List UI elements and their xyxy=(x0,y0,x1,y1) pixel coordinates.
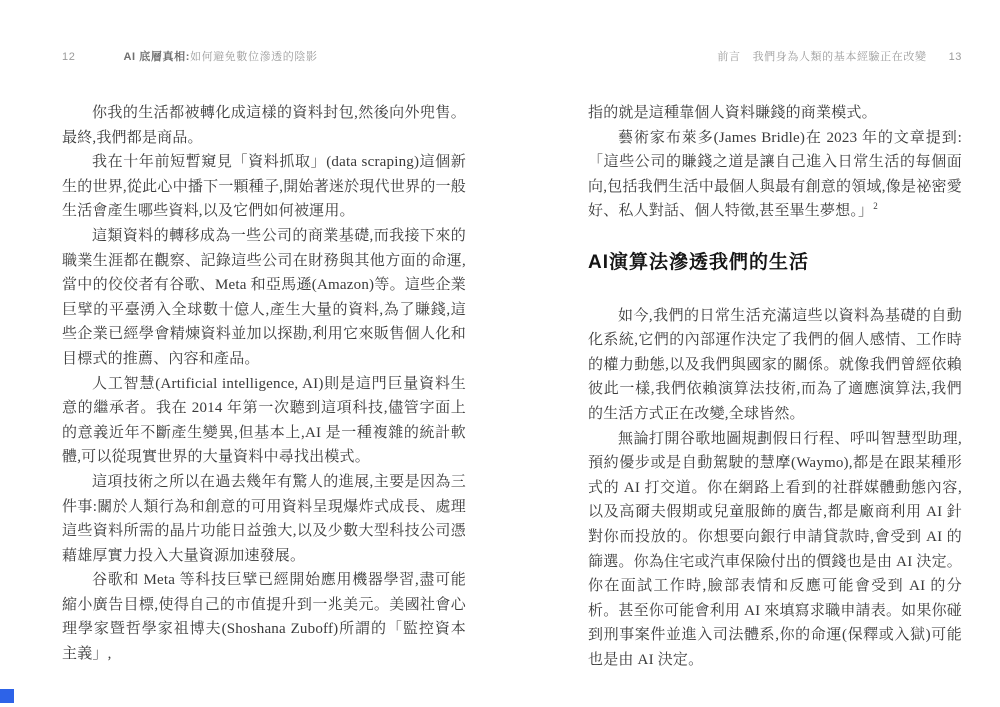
book-title-main: AI 底層真相: xyxy=(123,51,190,63)
paragraph: 無論打開谷歌地圖規劃假日行程、呼叫智慧型助理,預約優步或是自動駕駛的慧摩(Way… xyxy=(588,427,962,673)
right-page-body: 指的就是這種靠個人資料賺錢的商業模式。 藝術家布萊多(James Bridle)… xyxy=(588,101,962,672)
footnote-marker: 2 xyxy=(873,201,878,211)
paragraph: 這類資料的轉移成為一些公司的商業基礎,而我接下來的職業生涯都在觀察、記錄這些公司… xyxy=(62,224,466,372)
quote-text: 藝術家布萊多(James Bridle)在 2023 年的文章提到:「這些公司的… xyxy=(588,130,962,220)
page-right: 前言 我們身為人類的基本經驗正在改變 13 指的就是這種靠個人資料賺錢的商業模式… xyxy=(588,48,962,672)
page-number-right: 13 xyxy=(949,51,962,63)
paragraph-quote: 藝術家布萊多(James Bridle)在 2023 年的文章提到:「這些公司的… xyxy=(588,126,962,224)
left-page-body: 你我的生活都被轉化成這樣的資料封包,然後向外兜售。最終,我們都是商品。 我在十年… xyxy=(62,101,466,667)
paragraph: 谷歌和 Meta 等科技巨擘已經開始應用機器學習,盡可能縮小廣告目標,使得自己的… xyxy=(62,568,466,666)
paragraph: 人工智慧(Artificial intelligence, AI)則是這門巨量資… xyxy=(62,372,466,470)
book-title-subtitle: 如何避免數位滲透的陰影 xyxy=(190,51,318,63)
page-corner-marker xyxy=(0,689,14,703)
paragraph-continuation: 指的就是這種靠個人資料賺錢的商業模式。 xyxy=(588,101,962,126)
chapter-title: 我們身為人類的基本經驗正在改變 xyxy=(753,48,927,64)
page-left: 12 AI 底層真相:如何避免數位滲透的陰影 你我的生活都被轉化成這樣的資料封包… xyxy=(62,48,466,667)
section-heading: AI演算法滲透我們的生活 xyxy=(588,251,962,276)
paragraph: 你我的生活都被轉化成這樣的資料封包,然後向外兜售。最終,我們都是商品。 xyxy=(62,101,466,150)
paragraph: 如今,我們的日常生活充滿這些以資料為基礎的自動化系統,它們的內部運作決定了我們的… xyxy=(588,304,962,427)
running-head-right: 前言 我們身為人類的基本經驗正在改變 13 xyxy=(588,48,962,63)
paragraph: 我在十年前短暫窺見「資料抓取」(data scraping)這個新生的世界,從此… xyxy=(62,150,466,224)
running-head-left: 12 AI 底層真相:如何避免數位滲透的陰影 xyxy=(62,48,466,63)
book-title: AI 底層真相:如何避免數位滲透的陰影 xyxy=(123,48,317,64)
paragraph: 這項技術之所以在過去幾年有驚人的進展,主要是因為三件事:關於人類行為和創意的可用… xyxy=(62,470,466,568)
page-number-left: 12 xyxy=(62,51,75,63)
chapter-label: 前言 xyxy=(717,48,740,64)
